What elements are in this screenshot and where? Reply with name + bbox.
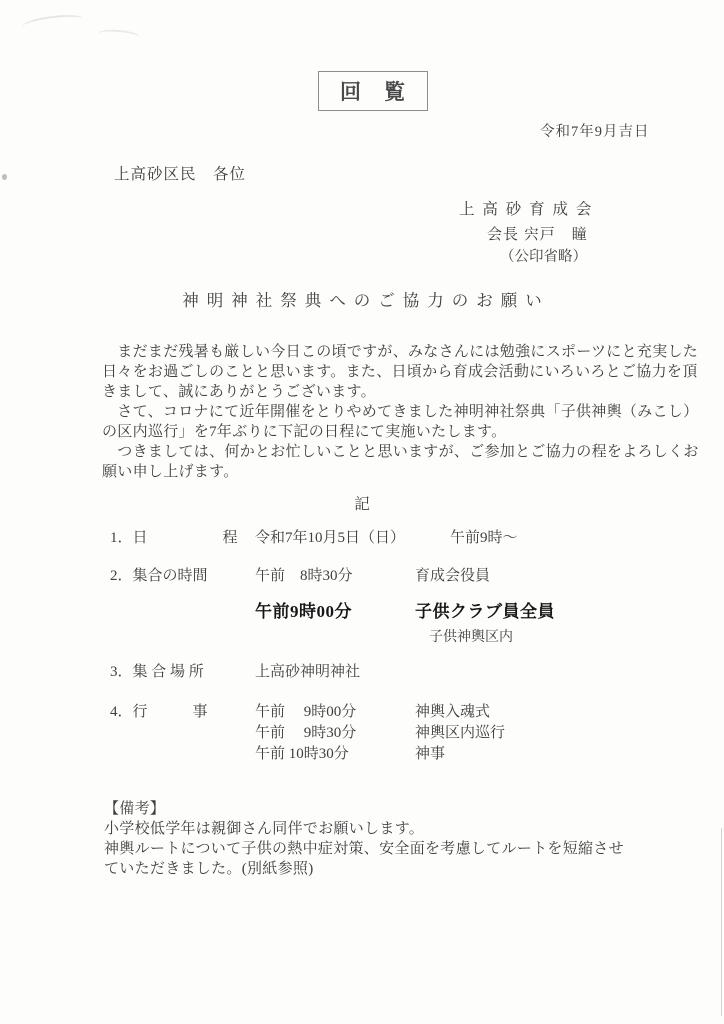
schedule-row-date: 1．日 程 令和7年10月5日（日） 午前9時～ bbox=[110, 528, 650, 548]
body-line: 日々をお過ごしのことと思います。また、日頃から育成会活動にいろいろとご協力を頂 bbox=[102, 362, 642, 382]
schedule-label bbox=[110, 600, 255, 624]
sender-organization: 上 高 砂 育 成 会 bbox=[459, 197, 593, 219]
addressee: 上高砂区民 各位 bbox=[114, 162, 246, 184]
schedule-row-place: 3．集 合 場 所 上高砂神明神社 bbox=[110, 662, 650, 682]
schedule-list: 1．日 程 令和7年10月5日（日） 午前9時～ 2．集合の時間 午前 8時30… bbox=[110, 528, 650, 765]
body-line: の区内巡行」を7年ぶりに下記の日程にて実施いたします。 bbox=[102, 422, 642, 442]
scan-edge-line-artifact bbox=[721, 828, 722, 1016]
remarks-line: 神輿ルートについて子供の熱中症対策、安全面を考慮してルートを短縮させ bbox=[104, 839, 644, 859]
remarks-line: ていただきました。(別紙参照) bbox=[104, 859, 644, 879]
schedule-row-event: 午前 9時30分 神輿区内巡行 bbox=[110, 723, 650, 744]
body-line: きまして、誠にありがとうございます。 bbox=[102, 382, 642, 402]
remarks-line: 小学校低学年は親御さん同伴でお願いします。 bbox=[104, 819, 644, 839]
seal-omitted-note: （公印省略） bbox=[500, 245, 587, 266]
schedule-label bbox=[110, 628, 255, 647]
schedule-group: 子供クラブ員全員 bbox=[415, 600, 650, 624]
schedule-group: 育成会役員 bbox=[415, 566, 650, 586]
body-line: つきましては、何かとお忙しいことと思いますが、ご参加とご協力の程をよろしくお bbox=[102, 442, 642, 462]
schedule-time: 午前 9時30分 bbox=[255, 723, 415, 744]
schedule-event: 神輿区内巡行 bbox=[415, 723, 650, 744]
schedule-time: 午前 10時30分 bbox=[255, 744, 415, 765]
schedule-value bbox=[415, 662, 650, 682]
schedule-row-meeting-time: 2．集合の時間 午前 8時30分 育成会役員 bbox=[110, 566, 650, 586]
schedule-value: 上高砂神明神社 bbox=[255, 662, 415, 682]
schedule-time: 午前 8時30分 bbox=[255, 566, 415, 586]
schedule-row-meeting-time-bold: 午前9時00分 子供クラブ員全員 bbox=[110, 600, 650, 624]
schedule-row-event: 4．行 事 午前 9時00分 神輿入魂式 bbox=[110, 702, 650, 723]
notice-marker: 記 bbox=[0, 492, 724, 514]
schedule-value: 令和7年10月5日（日） bbox=[255, 528, 450, 548]
scan-dot-artifact bbox=[2, 174, 7, 180]
schedule-label bbox=[110, 744, 255, 765]
document-date: 令和7年9月吉日 bbox=[540, 120, 650, 141]
schedule-event: 神事 bbox=[415, 744, 650, 765]
circulation-stamp-box: 回 覧 bbox=[318, 71, 428, 111]
schedule-row-event: 午前 10時30分 神事 bbox=[110, 744, 650, 765]
schedule-label: 2．集合の時間 bbox=[110, 566, 255, 586]
schedule-label: 3．集 合 場 所 bbox=[110, 662, 255, 682]
remarks-header: 【備考】 bbox=[104, 799, 644, 819]
schedule-value: 午前9時～ bbox=[450, 528, 650, 548]
scan-smudge-artifact bbox=[21, 12, 84, 33]
body-paragraphs: まだまだ残暑も厳しい今日この頃ですが、みなさんには勉強にスポーツにと充実した 日… bbox=[102, 342, 642, 482]
sender-person: 会長 宍戸 瞳 bbox=[487, 223, 588, 244]
schedule-time: 午前 9時00分 bbox=[255, 702, 415, 723]
schedule-event: 神輿入魂式 bbox=[415, 702, 650, 723]
schedule-note: 子供神輿区内 bbox=[415, 628, 650, 647]
schedule-time: 午前9時00分 bbox=[255, 600, 415, 624]
circulation-stamp-label: 回 覧 bbox=[340, 76, 406, 106]
schedule-label: 1．日 程 bbox=[110, 528, 255, 548]
schedule-time bbox=[255, 628, 415, 647]
body-line: さて、コロナにて近年開催をとりやめてきました神明神社祭典「子供神輿（みこし） bbox=[102, 402, 642, 422]
schedule-label bbox=[110, 723, 255, 744]
schedule-label: 4．行 事 bbox=[110, 702, 255, 723]
document-page: 回 覧 令和7年9月吉日 上高砂区民 各位 上 高 砂 育 成 会 会長 宍戸 … bbox=[0, 0, 724, 1024]
schedule-row-note: 子供神輿区内 bbox=[110, 628, 650, 647]
body-line: まだまだ残暑も厳しい今日この頃ですが、みなさんには勉強にスポーツにと充実した bbox=[102, 342, 642, 362]
body-line: 願い申し上げます。 bbox=[102, 462, 642, 482]
scan-smudge-artifact bbox=[98, 28, 141, 43]
remarks-block: 【備考】 小学校低学年は親御さん同伴でお願いします。 神輿ルートについて子供の熱… bbox=[104, 799, 644, 879]
document-title: 神明神社祭典へのご協力のお願い bbox=[0, 287, 724, 311]
